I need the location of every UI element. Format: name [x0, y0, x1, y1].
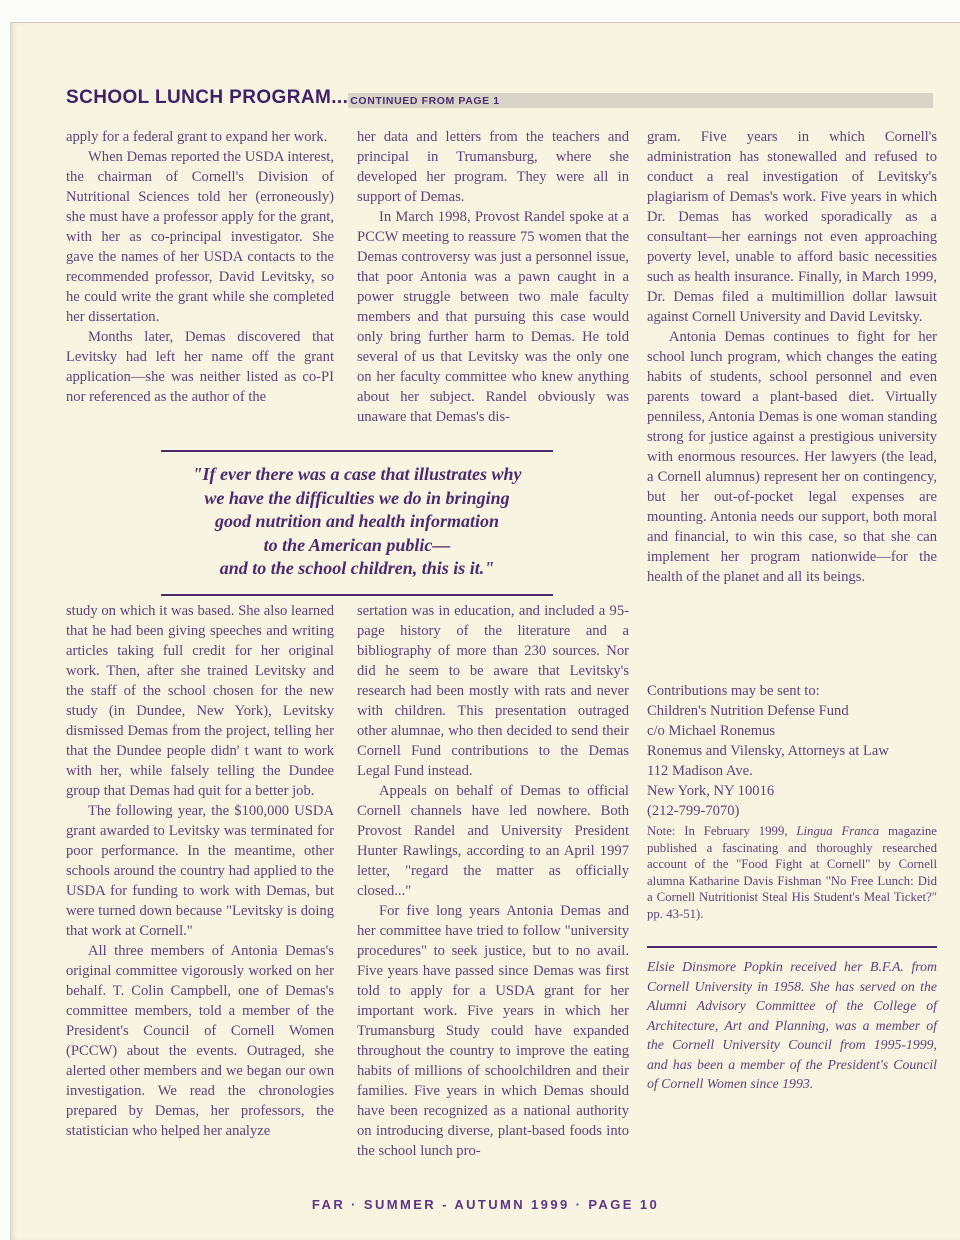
paragraph: All three members of Antonia Demas's ori… [66, 941, 334, 1141]
column-3-main: gram. Five years in which Cornell's admi… [647, 127, 937, 587]
article-header: SCHOOL LUNCH PROGRAM... CONTINUED FROM P… [66, 87, 933, 109]
note-suffix: magazine published a fascinating and tho… [647, 824, 937, 921]
pull-quote-line: and to the school children, this is it." [161, 557, 553, 581]
continued-from-label: CONTINUED FROM PAGE 1 [348, 95, 500, 107]
magazine-page: SCHOOL LUNCH PROGRAM... CONTINUED FROM P… [10, 22, 960, 1240]
contributions-address: Contributions may be sent to: Children's… [647, 681, 937, 821]
pull-quote-line: "If ever there was a case that illustrat… [161, 463, 553, 487]
column-1-top: apply for a federal grant to expand her … [66, 127, 334, 407]
paragraph: sertation was in education, and included… [357, 601, 629, 781]
address-line: Contributions may be sent to: [647, 681, 937, 701]
paragraph: Months later, Demas discovered that Levi… [66, 327, 334, 407]
paragraph: Antonia Demas continues to fight for her… [647, 327, 937, 587]
column-1-bottom: study on which it was based. She also le… [66, 601, 334, 1141]
address-line: 112 Madison Ave. [647, 761, 937, 781]
paragraph: In March 1998, Provost Randel spoke at a… [357, 207, 629, 427]
pull-quote-line: we have the difficulties we do in bringi… [161, 487, 553, 511]
address-line: Children's Nutrition Defense Fund [647, 701, 937, 721]
note-paragraph: Note: In February 1999, Lingua Franca ma… [647, 823, 937, 922]
paragraph: When Demas reported the USDA interest, t… [66, 147, 334, 327]
bio-paragraph: Elsie Dinsmore Popkin received her B.F.A… [647, 957, 937, 1094]
paragraph: Appeals on behalf of Demas to official C… [357, 781, 629, 901]
paragraph: For five long years Antonia Demas and he… [357, 901, 629, 1161]
continued-band: CONTINUED FROM PAGE 1 [348, 93, 933, 108]
paragraph: her data and letters from the teachers a… [357, 127, 629, 207]
author-bio: Elsie Dinsmore Popkin received her B.F.A… [647, 946, 937, 1094]
paragraph: apply for a federal grant to expand her … [66, 127, 334, 147]
address-line: Ronemus and Vilensky, Attorneys at Law [647, 741, 937, 761]
paragraph: gram. Five years in which Cornell's admi… [647, 127, 937, 327]
address-line: c/o Michael Ronemus [647, 721, 937, 741]
paragraph: The following year, the $100,000 USDA gr… [66, 801, 334, 941]
column-2-bottom: sertation was in education, and included… [357, 601, 629, 1161]
article-title: SCHOOL LUNCH PROGRAM... [66, 87, 348, 109]
magazine-title: Lingua Franca [796, 824, 879, 838]
paragraph: study on which it was based. She also le… [66, 601, 334, 801]
editorial-note: Note: In February 1999, Lingua Franca ma… [647, 823, 937, 922]
page-footer: FAR · SUMMER - AUTUMN 1999 · PAGE 10 [11, 1197, 960, 1212]
pull-quote-line: to the American public— [161, 534, 553, 558]
column-2-top: her data and letters from the teachers a… [357, 127, 629, 427]
note-prefix: Note: In February 1999, [647, 824, 796, 838]
pull-quote-line: good nutrition and health information [161, 510, 553, 534]
address-line: (212-799-7070) [647, 801, 937, 821]
address-line: New York, NY 10016 [647, 781, 937, 801]
pull-quote: "If ever there was a case that illustrat… [161, 450, 553, 596]
